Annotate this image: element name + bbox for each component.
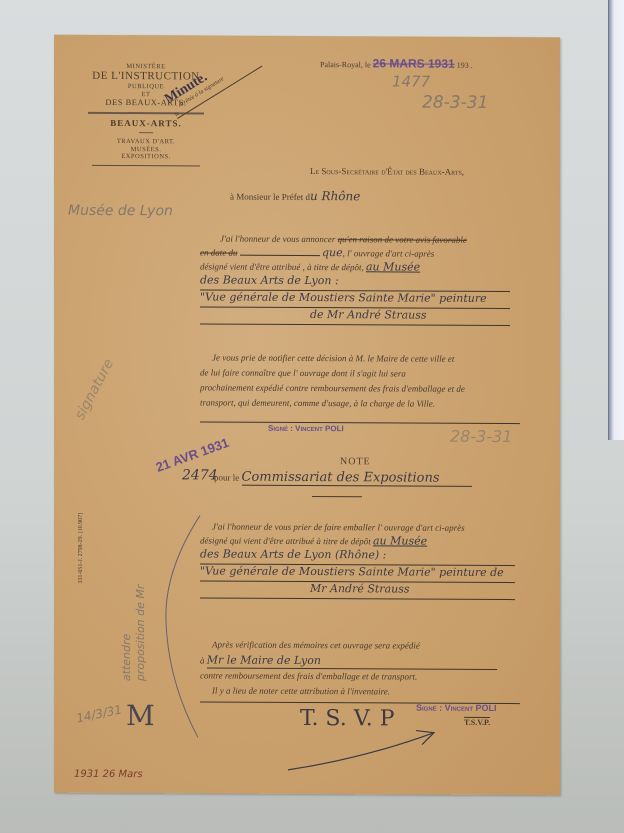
date-suffix: 193 . — [457, 61, 473, 70]
note-addressee: Commissariat des Expositions — [242, 470, 472, 487]
recipient-handwritten: u Rhône — [310, 189, 360, 203]
section-notify: Je vous prie de notifier cette décision … — [200, 350, 515, 412]
s3-line2-hand: au Musée — [373, 534, 427, 547]
s2-line4: transport, qui demeurent, comme d'usage,… — [200, 395, 515, 412]
background-paper-stack — [608, 0, 624, 440]
s1-line1: J'ai l'honneur de vous annoncer — [220, 234, 335, 245]
s2-line3: prochainement expédié contre rembourseme… — [200, 380, 515, 397]
arrow-icon — [284, 726, 444, 777]
margin-initials: M — [126, 699, 155, 732]
s1-line3: désigné vient d'être attribué , à titre … — [200, 261, 364, 272]
s1-line1-struck: qu'en raison de votre avis favorable — [338, 234, 467, 245]
letterhead-bottom-rule — [92, 164, 200, 166]
s1-hand-line5: "Vue générale de Moustiers Sainte Marie"… — [200, 290, 510, 309]
note-short-rule — [312, 496, 362, 497]
tsvp-printed: T.S.V.P. — [464, 717, 490, 727]
signature-stamp-2: Signé : Vincent POLI — [416, 703, 497, 713]
ref-number: 1477 — [392, 72, 430, 90]
document-sheet: Ministère De l'Instruction Publique et D… — [54, 35, 560, 796]
recipient-line: à Monsieur le Préfet du Rhône — [230, 189, 360, 204]
letterhead-sub3: Expositions. — [86, 153, 206, 161]
s3-hand-line5: Mr André Strauss — [200, 581, 515, 600]
s2-line1: Je vous prie de notifier cette décision … — [200, 350, 515, 367]
date-prefix: Palais-Royal, le — [320, 60, 371, 69]
letterhead-short-rule — [139, 132, 153, 133]
recipient-prefix: à Monsieur le Préfet d — [230, 192, 310, 202]
note-pour-le: pour le — [214, 473, 239, 483]
section2-rule — [200, 421, 520, 424]
s1-line2-rest: , l' ouvrage d'art ci-après — [343, 248, 435, 258]
s1-hand-line6: de Mr André Strauss — [200, 307, 510, 326]
sender-title: Le Sous-Secrétaire d'État des Beaux-Arts… — [310, 166, 464, 177]
s3-hand-line4: "Vue générale de Moustiers Sainte Marie"… — [200, 564, 515, 583]
archive-note: 1931 26 Mars — [74, 769, 143, 780]
section-announcement: J'ai l'honneur de vous annoncer qu'en ra… — [200, 231, 510, 326]
s3-line2: désigné qui vient d'être attribué à titr… — [200, 535, 371, 546]
section-packing-request: J'ai l'honneur de vous prier de faire em… — [200, 519, 515, 600]
s3-hand-line3: des Beaux Arts de Lyon (Rhône) : — [200, 547, 515, 566]
date-stamp: 26 MARS 1931 — [373, 56, 455, 70]
s1-hand-line4: des Beaux Arts de Lyon : — [200, 273, 510, 292]
s4-line2-hand: Mr le Maire de Lyon — [207, 652, 497, 670]
note-addressee-line: pour le Commissariat des Expositions — [214, 470, 514, 488]
date-line: Palais-Royal, le 26 MARS 1931 193 . — [320, 56, 473, 71]
s4-line3: contre remboursement des frais d'emballa… — [200, 668, 515, 685]
s4-line1: Après vérification des mémoires cet ouvr… — [200, 637, 515, 654]
received-number: 2474 — [182, 467, 218, 483]
s1-line2-hand: que — [322, 246, 343, 259]
printer-code: 331-051-J. 2798-29. [10.907] — [78, 513, 84, 584]
margin-scribble: signature — [72, 344, 124, 422]
note-title: NOTE — [340, 456, 371, 467]
handwritten-date-mid: 28-3-31 — [450, 427, 512, 446]
s4-line4: Il y a lieu de noter cette attribution à… — [200, 683, 515, 700]
margin-bracket — [154, 511, 204, 741]
margin-note-musee-lyon: Musée de Lyon — [68, 203, 173, 220]
s1-line2-struck: en date du — [200, 247, 238, 257]
section-shipping: Après vérification des mémoires cet ouvr… — [200, 637, 515, 700]
signature-stamp-1: Signé : Vincent POLI — [268, 424, 344, 433]
s1-line3-hand: au Musée — [366, 260, 420, 273]
handwritten-date-top: 28-3-31 — [422, 93, 488, 113]
margin-date-hand: 14/3/31 — [75, 702, 123, 725]
s2-line2: de lui faire connaître que l' ouvrage do… — [200, 365, 515, 382]
